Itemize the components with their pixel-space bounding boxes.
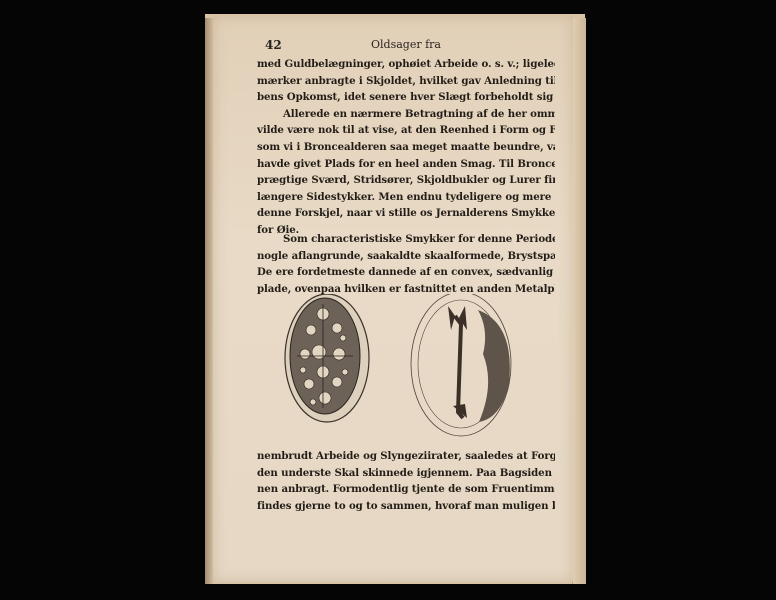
text-line: vilde være nok til at vise, at den Reenh… (257, 122, 555, 139)
text-line: havde givet Plads for en heel anden Smag… (257, 156, 555, 173)
text-block-bottom: nembrudt Arbeide og Slyngeziirater, saal… (257, 448, 555, 514)
running-head: Oldsager fra (265, 38, 547, 51)
text-line: nogle aflangrunde, saakaldte skaalformed… (257, 248, 555, 265)
paragraph-2: Allerede en nærmere Betragtning af de he… (257, 106, 555, 239)
text-line: De ere fordetmeste dannede af en convex,… (257, 264, 555, 281)
text-line: med Guldbelægninger, ophøiet Arbeide o. … (257, 56, 555, 73)
text-line: bens Opkomst, idet senere hver Slægt for… (257, 89, 555, 106)
text-line: den underste Skal skinnede igjennem. Paa… (257, 465, 555, 482)
page-right-edge (572, 18, 586, 584)
text-line: prægtige Sværd, Stridsører, Skjoldbukler… (257, 172, 555, 189)
page-header: 42 Oldsager fra (265, 36, 547, 56)
text-line: findes gjerne to og to sammen, hvoraf ma… (257, 498, 555, 515)
book-page: 42 Oldsager fra med Guldbelægninger, oph… (213, 16, 573, 582)
text-line: Som characteristiske Smykker for denne P… (257, 231, 555, 248)
paragraph-4: nembrudt Arbeide og Slyngeziirater, saal… (257, 448, 555, 514)
text-line: mærker anbragte i Skjoldet, hvilket gav … (257, 73, 555, 90)
paragraph-1: med Guldbelægninger, ophøiet Arbeide o. … (257, 56, 555, 106)
paragraph-3: Som characteristiske Smykker for denne P… (257, 231, 555, 297)
text-block-top: med Guldbelægninger, ophøiet Arbeide o. … (257, 56, 555, 239)
text-block-middle: Som characteristiske Smykker for denne P… (257, 231, 555, 297)
brooch-illustration (283, 294, 533, 454)
text-line: som vi i Broncealderen saa meget maatte … (257, 139, 555, 156)
text-line: længere Sidestykker. Men endnu tydeliger… (257, 189, 555, 206)
text-line: nembrudt Arbeide og Slyngeziirater, saal… (257, 448, 555, 465)
text-line: Allerede en nærmere Betragtning af de he… (257, 106, 555, 123)
brooch-back-figure (411, 294, 511, 436)
brooch-front-figure (285, 294, 369, 422)
text-line: denne Forskjel, naar vi stille os Jernal… (257, 205, 555, 222)
text-line: nen anbragt. Formodentlig tjente de som … (257, 481, 555, 498)
